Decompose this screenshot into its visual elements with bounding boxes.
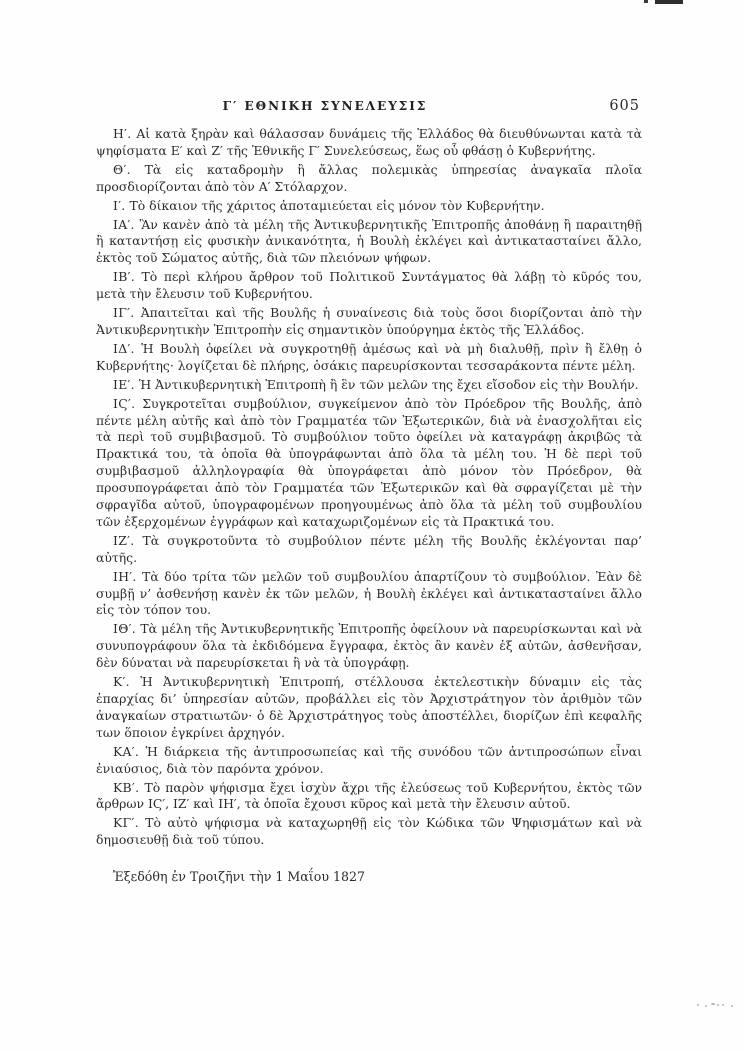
article-text: Τὸ δίκαιον τῆς χάριτος ἀποταμιεύεται εἰς… <box>130 198 545 213</box>
article-number: ΚΒ′. <box>113 780 139 795</box>
article-text: Ἡ Ἀντικυβερνητικὴ Ἐπιτροπὴ ἢ ἓν τῶν μελῶ… <box>139 377 639 392</box>
article-paragraph: ΙΔ′. Ἡ Βουλὴ ὀφείλει νὰ συγκροτηθῇ ἀμέσω… <box>96 341 642 375</box>
article-paragraph: ΚΑ′. Ἡ διάρκεια τῆς ἀντιπροσωπείας καὶ τ… <box>96 744 642 778</box>
article-paragraph: ΚΓ′. Τὸ αὐτὸ ψήφισμα νὰ καταχωρηθῇ εἰς τ… <box>96 815 642 849</box>
article-paragraph: ΙΒ′. Τὸ περὶ κλήρου ἄρθρον τοῦ Πολιτικοῦ… <box>96 269 642 303</box>
article-paragraph: Η′. Αἱ κατὰ ξηρὰν καὶ θάλασσαν δυνάμεις … <box>96 126 642 160</box>
scan-speck <box>711 1003 715 1005</box>
article-number: ΙΗ′. <box>113 569 137 584</box>
article-number: ΙΑ′. <box>113 217 135 232</box>
article-paragraph: ΙΖ′. Τὰ συγκροτοῦντα τὸ συμβούλιον πέντε… <box>96 533 642 567</box>
article-number: ΙΖ′. <box>113 533 134 548</box>
article-text: Τὰ μέλη τῆς Ἀντικυβερνητικῆς Ἐπιτροπῆς ὀ… <box>96 621 642 670</box>
scan-speck <box>731 1005 733 1007</box>
scan-artifact-bar <box>655 0 683 4</box>
article-number: Κ′. <box>113 674 130 689</box>
article-number: ΙΔ′. <box>113 341 135 356</box>
article-number: ΙΒ′. <box>113 269 135 284</box>
article-paragraph: ΙϚ′. Συγκροτεῖται συμβούλιον, συγκείμενο… <box>96 396 642 531</box>
article-text: Ἡ Ἀντικυβερνητικὴ Ἐπιτροπή, στέλλουσα ἐκ… <box>96 674 642 740</box>
article-paragraph: ΚΒ′. Τὸ παρὸν ψήφισμα ἔχει ἰσχὺν ἄχρι τῆ… <box>96 780 642 814</box>
article-number: ΙΓ′. <box>113 305 134 320</box>
article-text: Τὸ παρὸν ψήφισμα ἔχει ἰσχὺν ἄχρι τῆς ἐλε… <box>96 780 642 812</box>
article-text: Τὸ αὐτὸ ψήφισμα νὰ καταχωρηθῇ εἰς τὸν Κώ… <box>96 815 642 847</box>
article-text: Τὰ δύο τρίτα τῶν μελῶν τοῦ συμβουλίου ἀπ… <box>96 569 642 618</box>
article-text: Ἂν κανὲν ἀπὸ τὰ μέλη τῆς Ἀντικυβερνητικῆ… <box>96 217 642 266</box>
article-number: ΙΕ′. <box>113 377 135 392</box>
scan-speck <box>722 1004 724 1006</box>
scan-speck <box>705 1005 707 1007</box>
page-title: Γ′ ΕΘΝΙΚΗ ΣΥΝΕΛΕΥΣΙΣ <box>96 99 554 113</box>
article-paragraph: ΙΗ′. Τὰ δύο τρίτα τῶν μελῶν τοῦ συμβουλί… <box>96 569 642 620</box>
scanned-document-page: Γ′ ΕΘΝΙΚΗ ΣΥΝΕΛΕΥΣΙΣ 605 Η′. Αἱ κατὰ ξηρ… <box>0 0 744 1052</box>
article-paragraph: Κ′. Ἡ Ἀντικυβερνητικὴ Ἐπιτροπή, στέλλουσ… <box>96 674 642 742</box>
article-text: Τὰ συγκροτοῦντα τὸ συμβούλιον πέντε μέλη… <box>96 533 642 565</box>
article-text: Τὸ περὶ κλήρου ἄρθρον τοῦ Πολιτικοῦ Συντ… <box>96 269 642 301</box>
decree-articles: Η′. Αἱ κατὰ ξηρὰν καὶ θάλασσαν δυνάμεις … <box>96 126 642 886</box>
article-paragraph: ΙΕ′. Ἡ Ἀντικυβερνητικὴ Ἐπιτροπὴ ἢ ἓν τῶν… <box>96 377 642 394</box>
article-paragraph: Ι′. Τὸ δίκαιον τῆς χάριτος ἀποταμιεύεται… <box>96 198 642 215</box>
article-number: ΚΓ′. <box>113 815 139 830</box>
article-text: Τὰ εἰς καταδρομὴν ἢ ἄλλας πολεμικὰς ὑπηρ… <box>96 162 642 194</box>
article-paragraph: Θ′. Τὰ εἰς καταδρομὴν ἢ ἄλλας πολεμικὰς … <box>96 162 642 196</box>
article-text: Αἱ κατὰ ξηρὰν καὶ θάλασσαν δυνάμεις τῆς … <box>96 126 642 158</box>
article-number: ΚΑ′. <box>113 744 139 759</box>
article-text: Ἀπαιτεῖται καὶ τῆς Βουλῆς ἡ συναίνεσις δ… <box>96 305 642 337</box>
article-text: Ἡ διάρκεια τῆς ἀντιπροσωπείας καὶ τῆς συ… <box>96 744 642 776</box>
article-text: Ἡ Βουλὴ ὀφείλει νὰ συγκροτηθῇ ἀμέσως καὶ… <box>96 341 642 373</box>
article-text: Συγκροτεῖται συμβούλιον, συγκείμενον ἀπὸ… <box>96 396 642 529</box>
article-number: Θ′. <box>113 162 131 177</box>
article-number: ΙϚ′. <box>113 396 135 411</box>
article-paragraph: ΙΑ′. Ἂν κανὲν ἀπὸ τὰ μέλη τῆς Ἀντικυβερν… <box>96 217 642 268</box>
page-header: Γ′ ΕΘΝΙΚΗ ΣΥΝΕΛΕΥΣΙΣ 605 <box>96 98 642 118</box>
article-number: Η′. <box>113 126 131 141</box>
issuance-line: Ἐξεδόθη ἐν Τροιζῆνι τὴν 1 Μαΐου 1827 <box>96 869 642 886</box>
scan-speck <box>717 1004 719 1006</box>
scan-speck <box>697 1004 699 1006</box>
article-number: Ι′. <box>113 198 126 213</box>
article-paragraph: ΙΘ′. Τὰ μέλη τῆς Ἀντικυβερνητικῆς Ἐπιτρο… <box>96 621 642 672</box>
article-paragraph: ΙΓ′. Ἀπαιτεῖται καὶ τῆς Βουλῆς ἡ συναίνε… <box>96 305 642 339</box>
article-number: ΙΘ′. <box>113 621 136 636</box>
page-number: 605 <box>609 98 640 114</box>
scan-artifact-tick <box>644 0 648 3</box>
